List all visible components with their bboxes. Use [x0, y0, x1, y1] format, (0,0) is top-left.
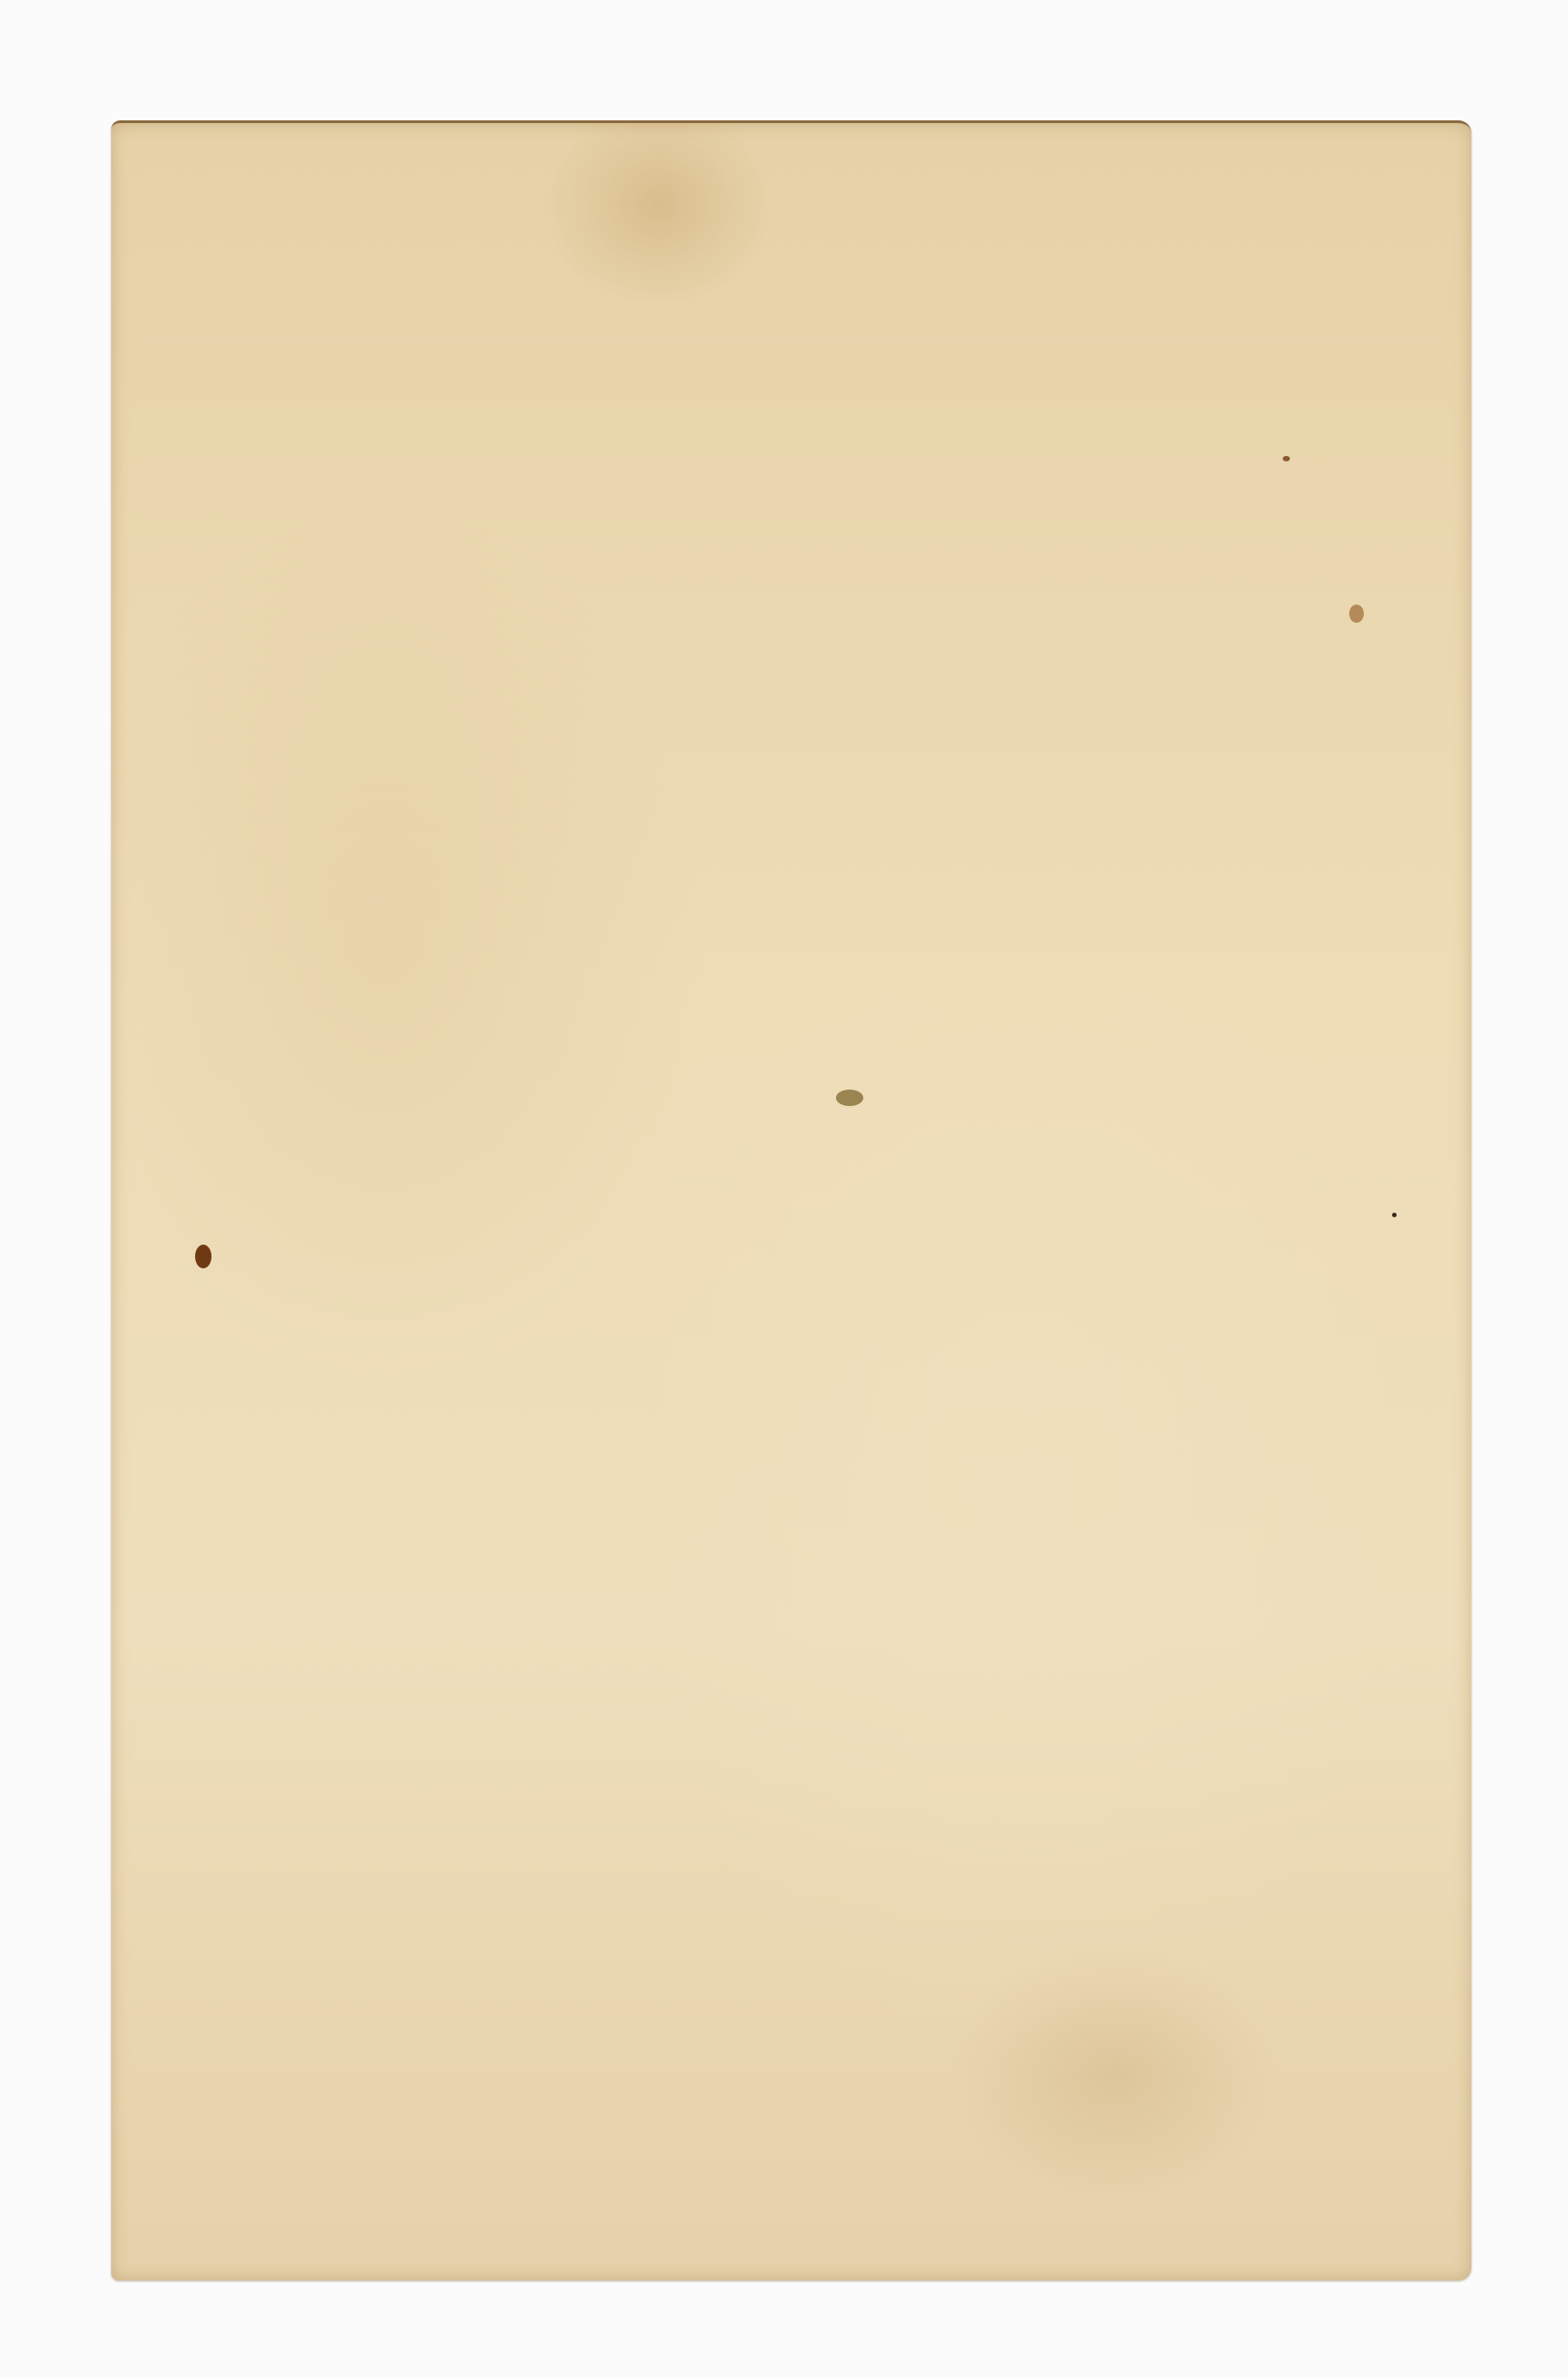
foxing-spot: [195, 1245, 211, 1268]
foxing-spot: [836, 1090, 863, 1106]
foxing-spot: [1349, 605, 1364, 623]
aged-card: [111, 120, 1471, 2280]
foxing-spot: [1392, 1213, 1397, 1217]
foxing-spot: [1283, 456, 1290, 461]
